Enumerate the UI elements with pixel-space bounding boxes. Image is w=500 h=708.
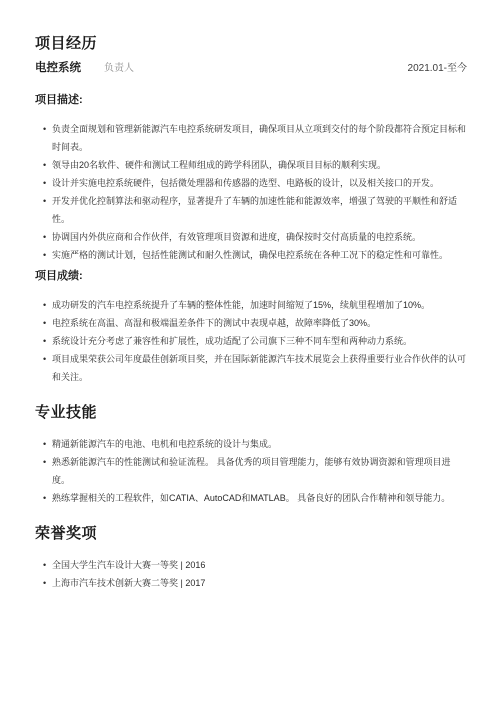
bullet-dot: • xyxy=(43,574,46,592)
list-item: •熟悉新能源汽车的性能测试和验证流程。 具备优秀的项目管理能力，能够有效协调资源… xyxy=(35,453,467,489)
list-item: •开发并优化控制算法和驱动程序，显著提升了车辆的加速性能和能源效率，增强了驾驶的… xyxy=(35,192,467,228)
list-item: •协调国内外供应商和合作伙伴，有效管理项目资源和进度，确保按时交付高质量的电控系… xyxy=(35,228,467,246)
list-item-text: 熟悉新能源汽车的性能测试和验证流程。 具备优秀的项目管理能力，能够有效协调资源和… xyxy=(52,457,451,485)
list-item: •精通新能源汽车的电池、电机和电控系统的设计与集成。 xyxy=(35,435,467,453)
list-item-text: 项目成果荣获公司年度最佳创新项目奖，并在国际新能源汽车技术展览会上获得重要行业合… xyxy=(52,354,466,382)
bullet-dot: • xyxy=(43,246,46,264)
awards-list: •全国大学生汽车设计大赛一等奖 | 2016 •上海市汽车技术创新大赛二等奖 |… xyxy=(35,556,467,592)
section-title-skills: 专业技能 xyxy=(35,403,467,423)
list-item: •全国大学生汽车设计大赛一等奖 | 2016 xyxy=(35,556,467,574)
list-item: •上海市汽车技术创新大赛二等奖 | 2017 xyxy=(35,574,467,592)
bullet-dot: • xyxy=(43,332,46,350)
bullet-dot: • xyxy=(43,435,46,453)
achievements-label: 项目成绩: xyxy=(35,269,467,283)
list-item: •设计并实施电控系统硬件，包括微处理器和传感器的选型、电路板的设计，以及相关接口… xyxy=(35,174,467,192)
bullet-dot: • xyxy=(43,120,46,138)
skills-list: •精通新能源汽车的电池、电机和电控系统的设计与集成。 •熟悉新能源汽车的性能测试… xyxy=(35,435,467,507)
bullet-dot: • xyxy=(43,314,46,332)
list-item-text: 实施严格的测试计划，包括性能测试和耐久性测试，确保电控系统在各种工况下的稳定性和… xyxy=(52,250,448,260)
bullet-dot: • xyxy=(43,556,46,574)
list-item: •系统设计充分考虑了兼容性和扩展性，成功适配了公司旗下三种不同车型和两种动力系统… xyxy=(35,332,467,350)
list-item-text: 协调国内外供应商和合作伙伴，有效管理项目资源和进度，确保按时交付高质量的电控系统… xyxy=(52,232,421,242)
section-title-awards: 荣誉奖项 xyxy=(35,524,467,544)
list-item-text: 熟练掌握相关的工程软件，如CATIA、AutoCAD和MATLAB。 具备良好的… xyxy=(52,493,450,503)
experience-entry-header: 电控系统 负责人 2021.01-至今 xyxy=(35,61,467,76)
bullet-dot: • xyxy=(43,228,46,246)
entry-dates: 2021.01-至今 xyxy=(408,62,467,76)
list-item-text: 领导由20名软件、硬件和测试工程师组成的跨学科团队，确保项目目标的顺利实现。 xyxy=(52,160,386,170)
bullet-dot: • xyxy=(43,453,46,471)
list-item-text: 开发并优化控制算法和驱动程序，显著提升了车辆的加速性能和能源效率，增强了驾驶的平… xyxy=(52,196,457,224)
list-item-text: 系统设计充分考虑了兼容性和扩展性，成功适配了公司旗下三种不同车型和两种动力系统。 xyxy=(52,336,412,346)
list-item-text: 上海市汽车技术创新大赛二等奖 | 2017 xyxy=(52,578,205,588)
entry-name: 电控系统 xyxy=(35,61,81,75)
bullet-dot: • xyxy=(43,192,46,210)
list-item: •项目成果荣获公司年度最佳创新项目奖，并在国际新能源汽车技术展览会上获得重要行业… xyxy=(35,350,467,386)
list-item: •成功研发的汽车电控系统提升了车辆的整体性能，加速时间缩短了15%，续航里程增加… xyxy=(35,296,467,314)
list-item-text: 成功研发的汽车电控系统提升了车辆的整体性能，加速时间缩短了15%，续航里程增加了… xyxy=(52,300,430,310)
list-item-text: 电控系统在高温、高湿和极端温差条件下的测试中表现卓越，故障率降低了30%。 xyxy=(52,318,376,328)
list-item-text: 精通新能源汽车的电池、电机和电控系统的设计与集成。 xyxy=(52,439,277,449)
bullet-dot: • xyxy=(43,156,46,174)
list-item-text: 设计并实施电控系统硬件，包括微处理器和传感器的选型、电路板的设计，以及相关接口的… xyxy=(52,178,439,188)
list-item: •实施严格的测试计划，包括性能测试和耐久性测试，确保电控系统在各种工况下的稳定性… xyxy=(35,246,467,264)
description-label: 项目描述: xyxy=(35,93,467,107)
bullet-dot: • xyxy=(43,174,46,192)
list-item: •电控系统在高温、高湿和极端温差条件下的测试中表现卓越，故障率降低了30%。 xyxy=(35,314,467,332)
bullet-dot: • xyxy=(43,296,46,314)
resume-page: 项目经历 电控系统 负责人 2021.01-至今 项目描述: •负责全面规划和管… xyxy=(0,0,500,708)
entry-role: 负责人 xyxy=(104,62,134,76)
list-item: •领导由20名软件、硬件和测试工程师组成的跨学科团队，确保项目目标的顺利实现。 xyxy=(35,156,467,174)
section-title-experience: 项目经历 xyxy=(35,34,467,54)
achievements-list: •成功研发的汽车电控系统提升了车辆的整体性能，加速时间缩短了15%，续航里程增加… xyxy=(35,296,467,386)
bullet-dot: • xyxy=(43,350,46,368)
list-item-text: 负责全面规划和管理新能源汽车电控系统研发项目，确保项目从立项到交付的每个阶段都符… xyxy=(52,124,466,152)
list-item-text: 全国大学生汽车设计大赛一等奖 | 2016 xyxy=(52,560,205,570)
bullet-dot: • xyxy=(43,489,46,507)
list-item: •负责全面规划和管理新能源汽车电控系统研发项目，确保项目从立项到交付的每个阶段都… xyxy=(35,120,467,156)
description-list: •负责全面规划和管理新能源汽车电控系统研发项目，确保项目从立项到交付的每个阶段都… xyxy=(35,120,467,264)
list-item: •熟练掌握相关的工程软件，如CATIA、AutoCAD和MATLAB。 具备良好… xyxy=(35,489,467,507)
